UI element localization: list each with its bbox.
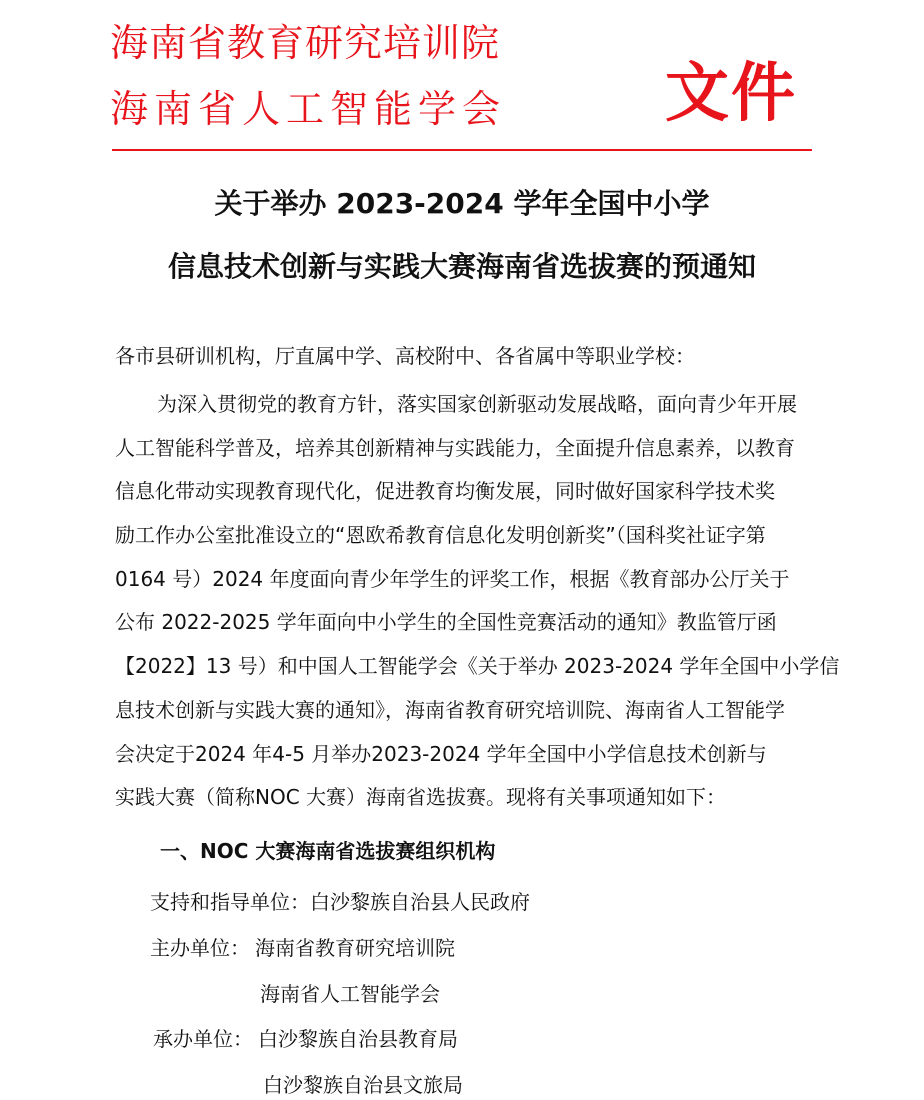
guidance-unit: 支持和指导单位：白沙黎族自治县人民政府 [150,886,530,915]
organizer-label: 承办单位： [153,1023,253,1052]
body-line: 信息化带动实现教育现代化，促进教育均衡发展，同时做好国家科学技术奖 [115,470,825,514]
body-line: 实践大赛（简称NOC 大赛）海南省选拔赛。现将有关事项通知如下： [115,776,825,820]
title-line-1: 关于举办 2023-2024 学年全国中小学 [0,182,924,222]
host-unit-1: 海南省教育研究培训院 [255,932,455,961]
organizer-unit-1: 白沙黎族自治县教育局 [258,1023,458,1052]
document-type-label: 文件 [665,42,797,134]
body-line: 为深入贯彻党的教育方针，落实国家创新驱动发展战略，面向青少年开展 [115,383,825,427]
body-line: 【2022】13 号）和中国人工智能学会《关于举办 2023-2024 学年全国… [115,645,825,689]
issuing-org-1: 海南省教育研究培训院 [110,12,500,67]
body-line: 公布 2022-2025 学年面向中小学生的全国性竞赛活动的通知》教监管厅函 [115,601,825,645]
host-label: 主办单位： [150,932,250,961]
organizer-unit-2: 白沙黎族自治县文旅局 [263,1069,463,1098]
body-line: 0164 号）2024 年度面向青少年学生的评奖工作，根据《教育部办公厅关于 [115,558,825,602]
body-line: 息技术创新与实践大赛的通知》，海南省教育研究培训院、海南省人工智能学 [115,689,825,733]
header-divider [112,149,812,151]
issuing-org-2: 海南省人工智能学会 [110,78,506,133]
body-line: 励工作办公室批准设立的“恩欧希教育信息化发明创新奖”（国科奖社证字第 [115,514,825,558]
host-unit-2: 海南省人工智能学会 [260,978,440,1007]
section-heading: 一、NOC 大赛海南省选拔赛组织机构 [160,835,495,864]
body-line: 人工智能科学普及，培养其创新精神与实践能力，全面提升信息素养，以教育 [115,427,825,471]
body-paragraph: 为深入贯彻党的教育方针，落实国家创新驱动发展战略，面向青少年开展 人工智能科学普… [115,383,825,820]
title-line-2: 信息技术创新与实践大赛海南省选拔赛的预通知 [0,245,924,285]
salutation: 各市县研训机构，厅直属中学、高校附中、各省属中等职业学校： [115,335,825,379]
body-line: 会决定于2024 年4-5 月举办2023-2024 学年全国中小学信息技术创新… [115,733,825,777]
